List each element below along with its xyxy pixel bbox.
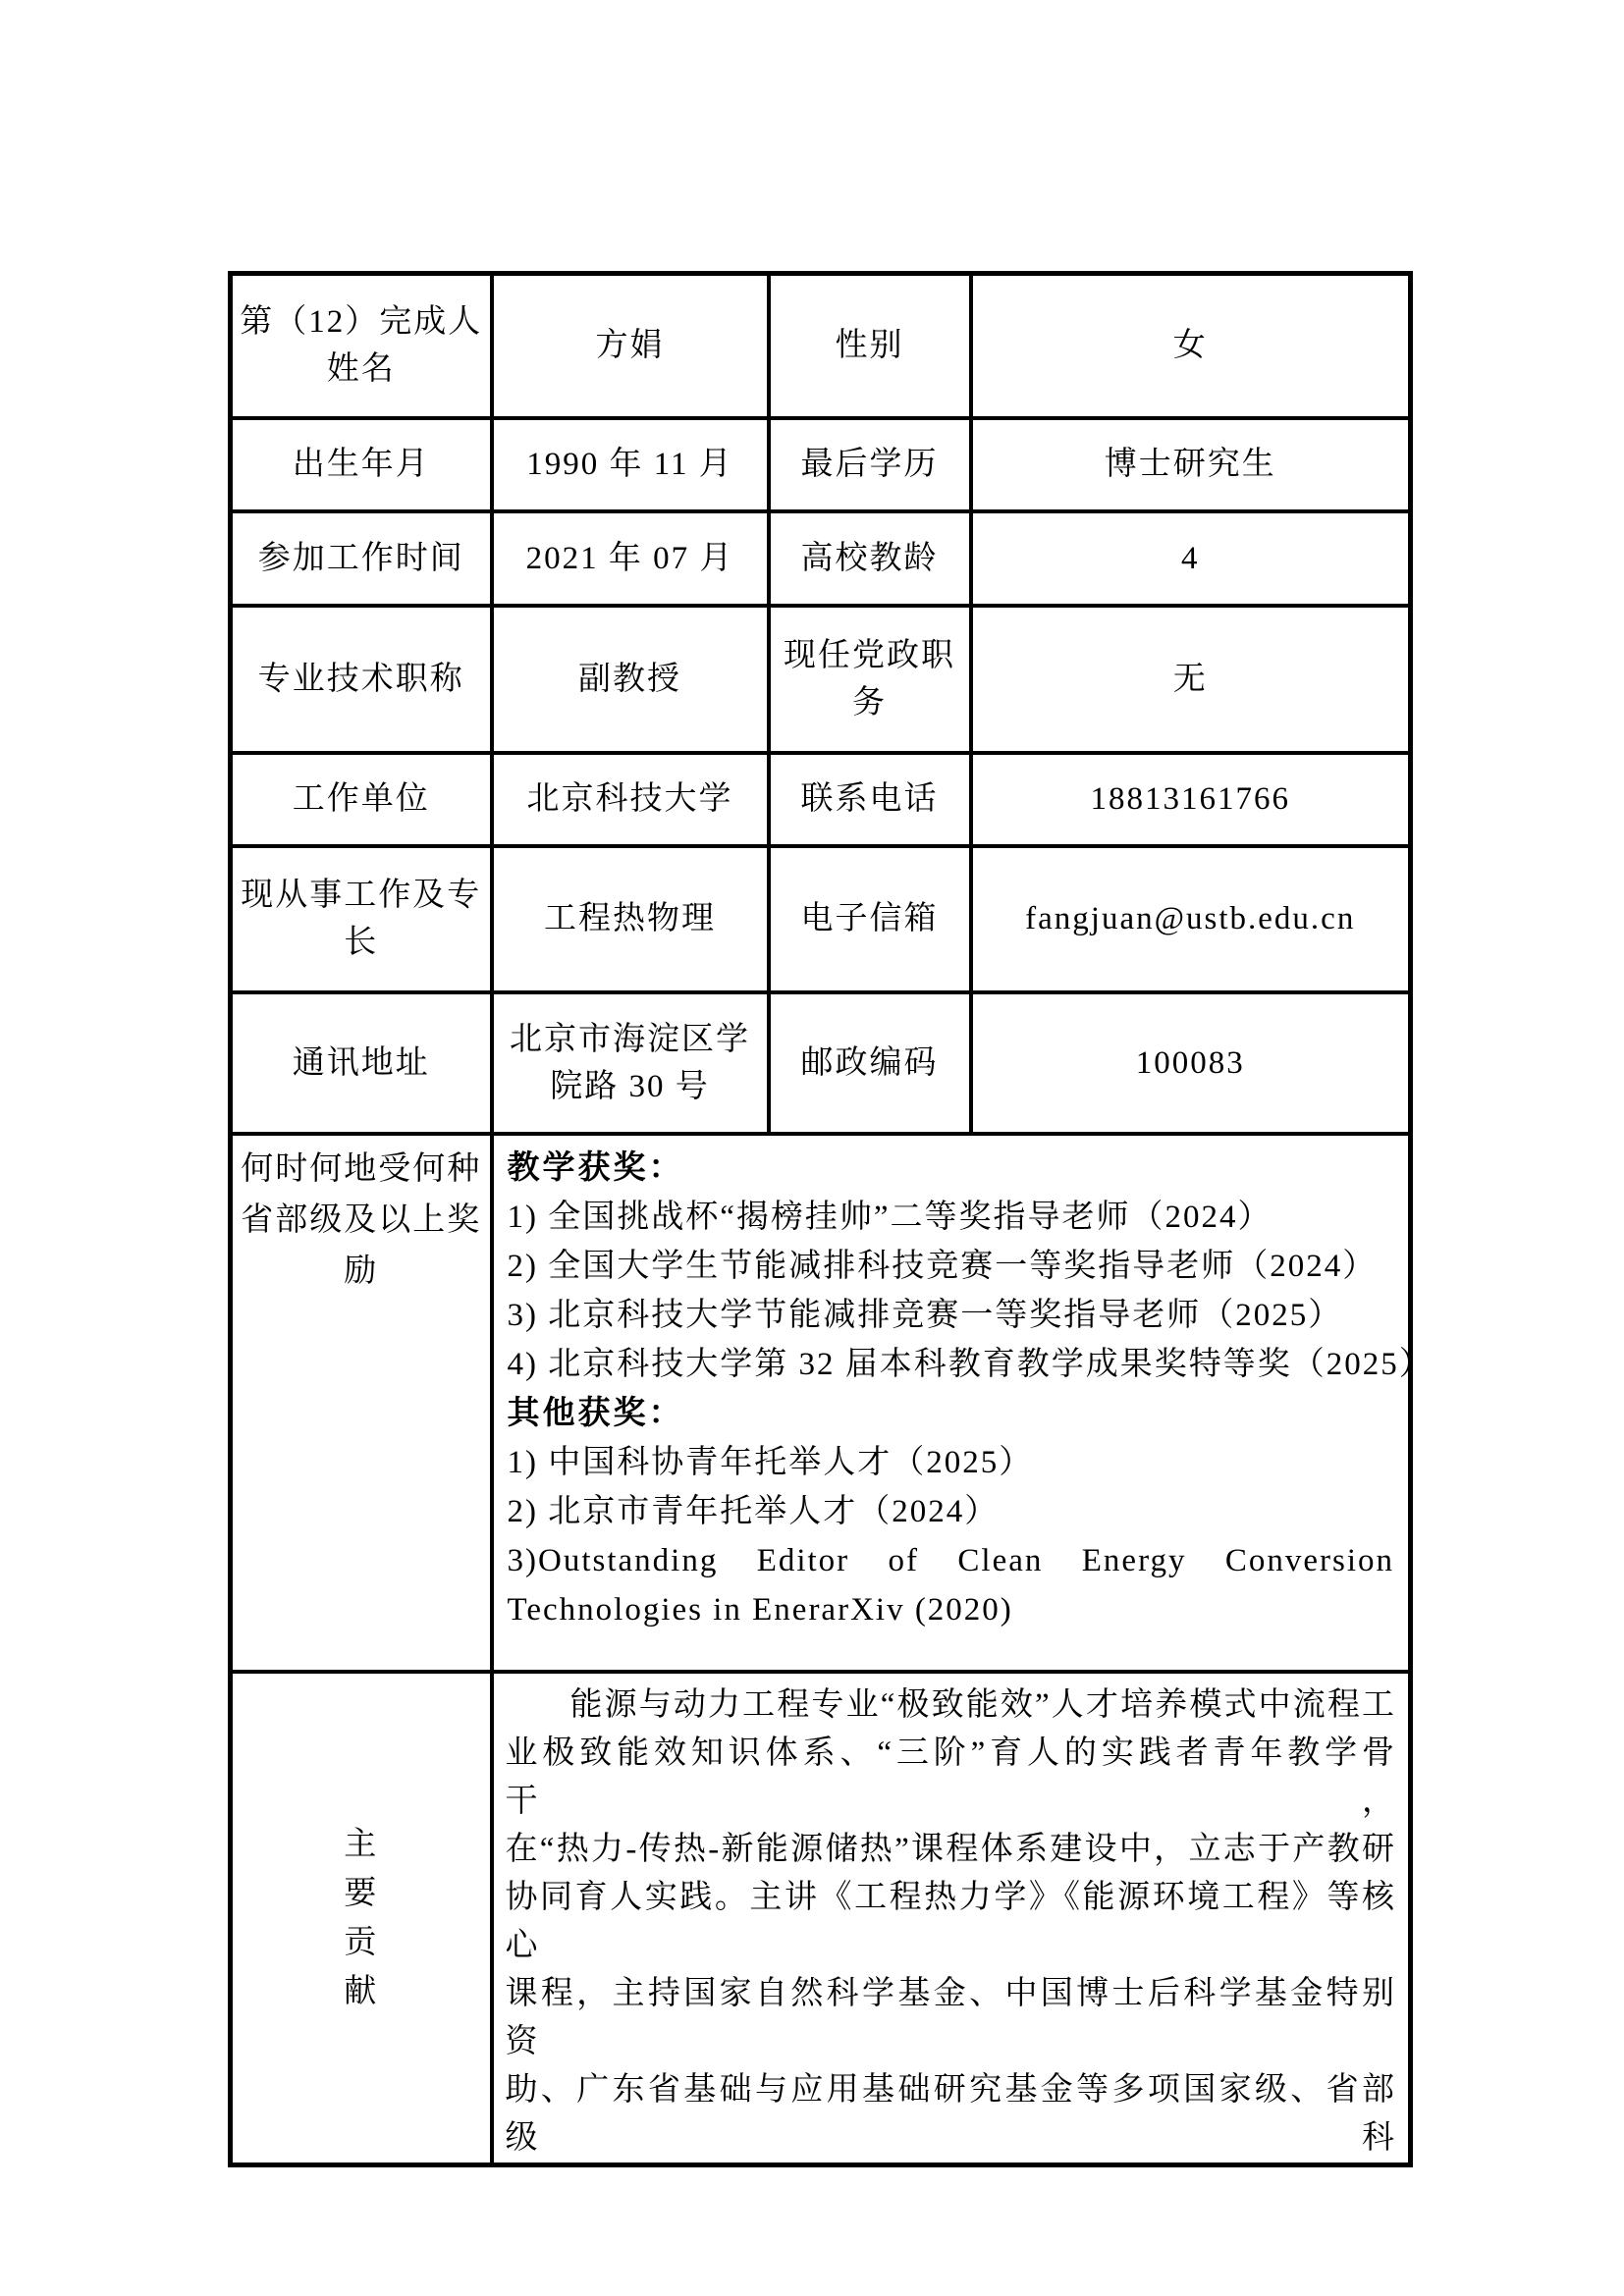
label-line: 主 bbox=[233, 1820, 490, 1869]
row-employer: 工作单位 北京科技大学 联系电话 18813161766 bbox=[231, 753, 1411, 846]
label-completer-name: 第（12）完成人 姓名 bbox=[231, 274, 492, 418]
label-line: 电子信箱 bbox=[771, 895, 969, 942]
value-line: 北京科技大学 bbox=[494, 775, 767, 823]
value-line: 1990 年 11 月 bbox=[494, 441, 767, 488]
value-line: 4 bbox=[973, 535, 1409, 582]
label-line: 姓名 bbox=[233, 346, 490, 393]
label-line: 励 bbox=[233, 1246, 490, 1297]
paragraph-line: 能源与动力工程专业“极致能效”人才培养模式中流程工 bbox=[506, 1682, 1397, 1730]
awards-content: 教学获奖： 1) 全国挑战杯“揭榜挂帅”二等奖指导老师（2024） 2) 全国大… bbox=[492, 1134, 1411, 1672]
value-party-position: 无 bbox=[971, 606, 1411, 753]
paragraph-line: 协同育人实践。主讲《工程热力学》《能源环境工程》等核心 bbox=[506, 1874, 1397, 1970]
award-item: 3) 北京科技大学节能减排竞赛一等奖指导老师（2025） bbox=[508, 1291, 1395, 1340]
award-item: 1) 中国科协青年托举人才（2025） bbox=[508, 1438, 1395, 1487]
label-current-work: 现从事工作及专 长 bbox=[231, 846, 492, 992]
label-work-start: 参加工作时间 bbox=[231, 511, 492, 606]
label-party-position: 现任党政职 务 bbox=[769, 606, 971, 753]
label-line: 工作单位 bbox=[233, 775, 490, 823]
label-line: 出生年月 bbox=[233, 441, 490, 488]
value-line: 女 bbox=[973, 322, 1409, 369]
label-line: 通讯地址 bbox=[233, 1040, 490, 1087]
paragraph-line: 业极致能效知识体系、“三阶”育人的实践者青年教学骨干， bbox=[506, 1730, 1397, 1826]
label-line: 长 bbox=[233, 919, 490, 966]
label-line: 现任党政职 bbox=[771, 632, 969, 679]
label-line: 专业技术职称 bbox=[233, 656, 490, 703]
award-item: 2) 北京市青年托举人才（2024） bbox=[508, 1487, 1395, 1536]
value-gender: 女 bbox=[971, 274, 1411, 418]
row-completer-name: 第（12）完成人 姓名 方娟 性别 女 bbox=[231, 274, 1411, 418]
awards-section-heading: 其他获奖： bbox=[508, 1389, 1395, 1438]
label-line: 务 bbox=[771, 679, 969, 726]
value-line: 无 bbox=[973, 656, 1409, 703]
value-postal-code: 100083 bbox=[971, 992, 1411, 1134]
label-mailing-address: 通讯地址 bbox=[231, 992, 492, 1134]
award-item: Technologies in EnerarXiv (2020) bbox=[508, 1585, 1395, 1634]
value-line: 博士研究生 bbox=[973, 441, 1409, 488]
value-line: 院路 30 号 bbox=[494, 1063, 767, 1110]
row-birth-date: 出生年月 1990 年 11 月 最后学历 博士研究生 bbox=[231, 418, 1411, 511]
award-item: 2) 全国大学生节能减排科技竞赛一等奖指导老师（2024） bbox=[508, 1242, 1395, 1291]
value-professional-title: 副教授 bbox=[492, 606, 769, 753]
value-employer: 北京科技大学 bbox=[492, 753, 769, 846]
value-line: 18813161766 bbox=[973, 775, 1409, 823]
value-line: 副教授 bbox=[494, 656, 767, 703]
awards-section-heading: 教学获奖： bbox=[508, 1144, 1395, 1193]
label-line: 贡 bbox=[233, 1918, 490, 1967]
award-item: 3)Outstanding Editor of Clean Energy Con… bbox=[508, 1536, 1395, 1585]
paragraph-line: 助、广东省基础与应用基础研究基金等多项国家级、省部级科 bbox=[506, 2066, 1397, 2163]
label-line: 现从事工作及专 bbox=[233, 872, 490, 919]
row-current-work: 现从事工作及专 长 工程热物理 电子信箱 fangjuan@ustb.edu.c… bbox=[231, 846, 1411, 992]
value-line: 2021 年 07 月 bbox=[494, 535, 767, 582]
label-awards: 何时何地受何种 省部级及以上奖 励 bbox=[231, 1134, 492, 1672]
paragraph-line: 在“热力-传热-新能源储热”课程体系建设中，立志于产教研 bbox=[506, 1826, 1397, 1874]
contributions-paragraph: 能源与动力工程专业“极致能效”人才培养模式中流程工 业极致能效知识体系、“三阶”… bbox=[492, 1672, 1411, 2165]
document-page: 第（12）完成人 姓名 方娟 性别 女 出生年月 1990 年 11 月 bbox=[0, 0, 1624, 2296]
value-work-start: 2021 年 07 月 bbox=[492, 511, 769, 606]
row-awards: 何时何地受何种 省部级及以上奖 励 教学获奖： 1) 全国挑战杯“揭榜挂帅”二等… bbox=[231, 1134, 1411, 1672]
value-birth-date: 1990 年 11 月 bbox=[492, 418, 769, 511]
label-line: 性别 bbox=[771, 322, 969, 369]
label-main-contributions: 主 要 贡 献 bbox=[231, 1672, 492, 2165]
value-line: 北京市海淀区学 bbox=[494, 1016, 767, 1063]
label-line: 高校教龄 bbox=[771, 535, 969, 582]
label-line: 省部级及以上奖 bbox=[233, 1195, 490, 1246]
label-line: 要 bbox=[233, 1869, 490, 1918]
label-line: 联系电话 bbox=[771, 775, 969, 823]
label-birth-date: 出生年月 bbox=[231, 418, 492, 511]
label-phone: 联系电话 bbox=[769, 753, 971, 846]
label-employer: 工作单位 bbox=[231, 753, 492, 846]
paragraph-line: 课程，主持国家自然科学基金、中国博士后科学基金特别资 bbox=[506, 1970, 1397, 2066]
label-professional-title: 专业技术职称 bbox=[231, 606, 492, 753]
label-line: 何时何地受何种 bbox=[233, 1144, 490, 1195]
label-final-degree: 最后学历 bbox=[769, 418, 971, 511]
personnel-info-table: 第（12）完成人 姓名 方娟 性别 女 出生年月 1990 年 11 月 bbox=[228, 271, 1413, 2167]
label-line: 最后学历 bbox=[771, 441, 969, 488]
value-phone: 18813161766 bbox=[971, 753, 1411, 846]
value-current-work: 工程热物理 bbox=[492, 846, 769, 992]
value-teaching-years: 4 bbox=[971, 511, 1411, 606]
value-line: 100083 bbox=[973, 1040, 1409, 1087]
value-mailing-address: 北京市海淀区学 院路 30 号 bbox=[492, 992, 769, 1134]
label-line: 参加工作时间 bbox=[233, 535, 490, 582]
label-email: 电子信箱 bbox=[769, 846, 971, 992]
value-completer-name: 方娟 bbox=[492, 274, 769, 418]
value-line: 工程热物理 bbox=[494, 895, 767, 942]
award-item: 1) 全国挑战杯“揭榜挂帅”二等奖指导老师（2024） bbox=[508, 1193, 1395, 1242]
label-line: 献 bbox=[233, 1967, 490, 2016]
award-item: 4) 北京科技大学第 32 届本科教育教学成果奖特等奖（2025） bbox=[508, 1340, 1395, 1389]
value-line: 方娟 bbox=[494, 322, 767, 369]
row-work-start: 参加工作时间 2021 年 07 月 高校教龄 4 bbox=[231, 511, 1411, 606]
value-final-degree: 博士研究生 bbox=[971, 418, 1411, 511]
value-email: fangjuan@ustb.edu.cn bbox=[971, 846, 1411, 992]
row-main-contributions: 主 要 贡 献 能源与动力工程专业“极致能效”人才培养模式中流程工 业极致能效知… bbox=[231, 1672, 1411, 2165]
row-professional-title: 专业技术职称 副教授 现任党政职 务 无 bbox=[231, 606, 1411, 753]
label-line: 邮政编码 bbox=[771, 1040, 969, 1087]
label-line: 第（12）完成人 bbox=[233, 298, 490, 346]
vertical-label: 主 要 贡 献 bbox=[233, 1820, 490, 2016]
value-line: fangjuan@ustb.edu.cn bbox=[973, 895, 1409, 942]
label-teaching-years: 高校教龄 bbox=[769, 511, 971, 606]
row-mailing-address: 通讯地址 北京市海淀区学 院路 30 号 邮政编码 100083 bbox=[231, 992, 1411, 1134]
label-gender: 性别 bbox=[769, 274, 971, 418]
label-postal-code: 邮政编码 bbox=[769, 992, 971, 1134]
